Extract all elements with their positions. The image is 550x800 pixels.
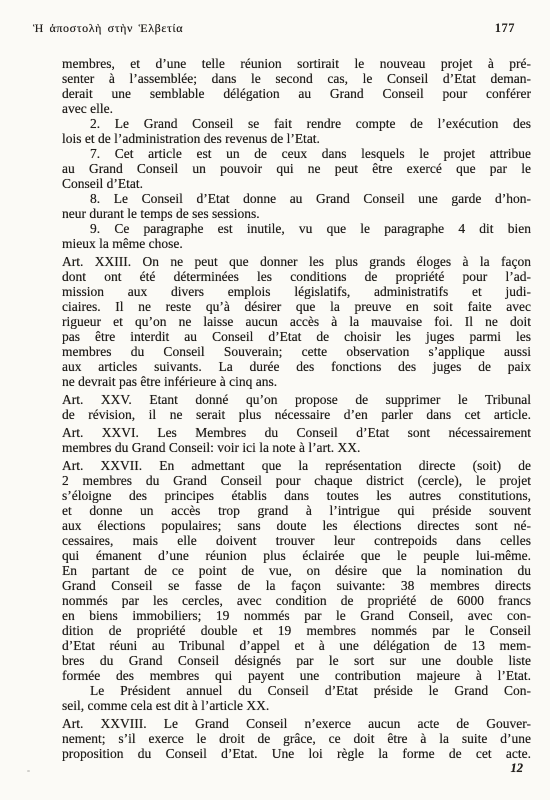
text-line: Le Président annuel du Conseil d’Etat pr… [62, 683, 531, 698]
running-head: Ἡ ἀποστολὴ στὴν Ἑλβετία 177 [33, 21, 515, 35]
text-line: Art. XXV. Etant donné qu’on propose de s… [62, 392, 531, 407]
text-line: dont ont été déterminées les conditions … [62, 269, 531, 284]
text-line: rigueur et qu’on ne laisse aucun accès à… [62, 314, 531, 329]
header-title: Ἡ ἀποστολὴ στὴν Ἑλβετία [33, 21, 183, 35]
text-line: membres, et d’une telle réunion sortirai… [62, 56, 531, 71]
text-line: mission aux divers emplois législatifs, … [62, 284, 531, 299]
text-line: derait une semblable délégation au Grand… [62, 86, 531, 101]
text-line: Conseil d’Etat. [62, 176, 531, 191]
text-line: Art. XXVII. En admettant que la représen… [62, 458, 531, 473]
text-line: aux articles suivants. La durée des fonc… [62, 359, 531, 374]
text-line: ciaires. Il ne reste qu’à désirer que la… [62, 299, 531, 314]
paragraph: Art. XXVII. En admettant que la représen… [62, 458, 531, 683]
text-line: au Grand Conseil un pouvoir qui ne peut … [62, 161, 531, 176]
paragraph: Art. XXIII. On ne peut que donner les pl… [62, 254, 531, 389]
text-line: s’éloigne des principes établis dans tou… [62, 488, 531, 503]
header-page-number: 177 [495, 21, 515, 35]
paragraph: 8. Le Conseil d’Etat donne au Grand Cons… [62, 191, 531, 221]
text-line: qui émanent d’une réunion plus éclairée … [62, 548, 531, 563]
text-line: Art. XXIII. On ne peut que donner les pl… [62, 254, 531, 269]
text-line: bres du Grand Conseil désignés par le so… [62, 653, 531, 668]
text-line: nommés par les cercles, avec condition d… [62, 593, 531, 608]
paragraph: Art. XXVI. Les Membres du Conseil d’Etat… [62, 425, 531, 455]
text-line: seil, comme cela est dit à l’article XX. [62, 698, 531, 713]
text-line: pas être interdit au Conseil d’Etat de c… [62, 329, 531, 344]
paragraph: Le Président annuel du Conseil d’Etat pr… [62, 683, 531, 713]
paragraph: 7. Cet article est un de ceux dans lesqu… [62, 146, 531, 191]
text-line: senter à l’assemblée; dans le second cas… [62, 71, 531, 86]
text-line: dition de propriété double et 19 membres… [62, 623, 531, 638]
text-line: 8. Le Conseil d’Etat donne au Grand Cons… [62, 191, 531, 206]
text-line: mieux la même chose. [62, 236, 531, 251]
footer-signature-number: 12 [511, 761, 524, 775]
text-line: proposition du Conseil d’Etat. Une loi r… [62, 746, 531, 761]
text-line: Art. XXVIII. Le Grand Conseil n’exerce a… [62, 716, 531, 731]
text-line: membres du Conseil Souverain; cette obse… [62, 344, 531, 359]
text-line: neur durant le temps de ses sessions. [62, 206, 531, 221]
text-line: et donne un accès trop grand à l’intrigu… [62, 503, 531, 518]
text-line: membres du Grand Conseil: voir ici la no… [62, 440, 531, 455]
paragraph: Art. XXVIII. Le Grand Conseil n’exerce a… [62, 716, 531, 761]
paragraph: Art. XXV. Etant donné qu’on propose de s… [62, 392, 531, 422]
paragraph: 2. Le Grand Conseil se fait rendre compt… [62, 116, 531, 146]
page-body-text: membres, et d’une telle réunion sortirai… [62, 56, 531, 761]
text-line: avec elle. [62, 101, 531, 116]
text-line: d’Etat réuni au Tribunal d’appel et à un… [62, 638, 531, 653]
text-line: 2. Le Grand Conseil se fait rendre compt… [62, 116, 531, 131]
text-line: Art. XXVI. Les Membres du Conseil d’Etat… [62, 425, 531, 440]
scan-artifact [27, 770, 30, 772]
text-line: En partant de ce point de vue, on désire… [62, 563, 531, 578]
text-line: 2 membres du Grand Conseil pour chaque d… [62, 473, 531, 488]
text-line: cessaires, mais elle doivent trouver leu… [62, 533, 531, 548]
text-line: Grand Conseil se fasse de la façon suiva… [62, 578, 531, 593]
page-footer: 12 [62, 761, 523, 776]
book-page: Ἡ ἀποστολὴ στὴν Ἑλβετία 177 membres, et … [0, 0, 550, 800]
paragraph: membres, et d’une telle réunion sortirai… [62, 56, 531, 116]
text-line: aux élections populaires; sans doute les… [62, 518, 531, 533]
text-line: lois et de l’administration des revenus … [62, 131, 531, 146]
text-line: en biens immobiliers; 19 nommés par le G… [62, 608, 531, 623]
text-line: 7. Cet article est un de ceux dans lesqu… [62, 146, 531, 161]
text-line: ne devrait pas être inférieure à cinq an… [62, 374, 531, 389]
text-line: nement; s’il exerce le droit de grâce, c… [62, 731, 531, 746]
text-line: de révision, il ne serait plus nécessair… [62, 407, 531, 422]
text-line: formée des membres qui payent une contri… [62, 668, 531, 683]
paragraph: 9. Ce paragraphe est inutile, vu que le … [62, 221, 531, 251]
text-line: 9. Ce paragraphe est inutile, vu que le … [62, 221, 531, 236]
